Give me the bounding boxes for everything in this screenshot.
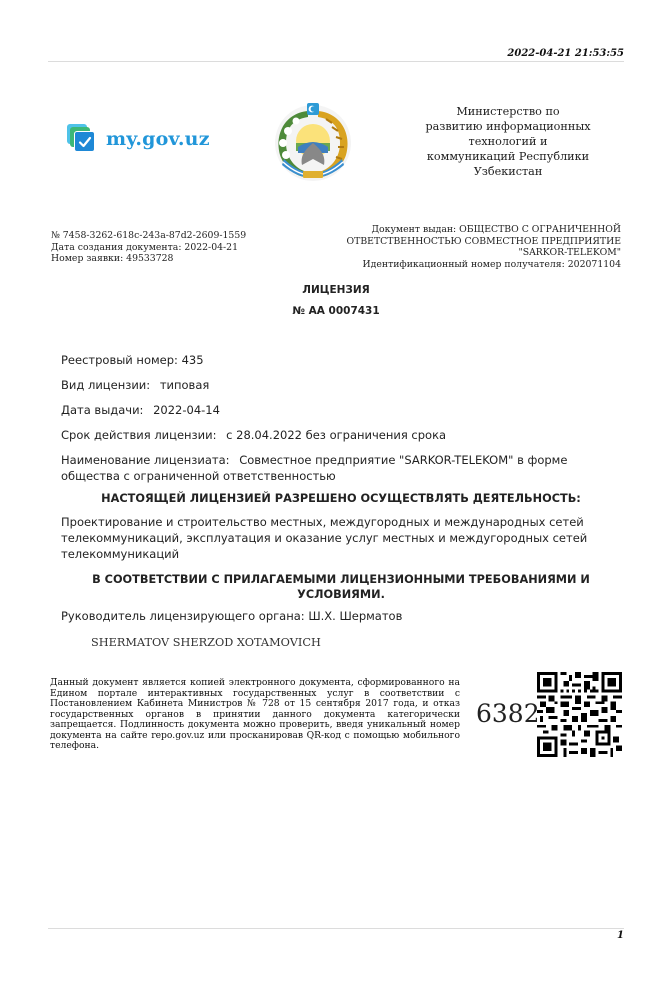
field-licensee: Наименование лицензиата: Совместное пред… bbox=[61, 452, 621, 484]
field-value: с 28.04.2022 без ограничения срока bbox=[226, 428, 446, 442]
field-validity: Срок действия лицензии: с 28.04.2022 без… bbox=[61, 427, 446, 443]
request-number: Номер заявки: 49533728 bbox=[51, 253, 246, 265]
field-label: Наименование лицензиата: bbox=[61, 453, 230, 467]
document-meta: № 7458-3262-618c-243a-87d2-2609-1559 Дат… bbox=[51, 230, 246, 265]
signer-name: SHERMATOV SHERZOD XOTAMOVICH bbox=[91, 636, 321, 649]
issued-to-line: ОТВЕТСТВЕННОСТЬЮ СОВМЕСТНОЕ ПРЕДПРИЯТИЕ bbox=[321, 236, 621, 248]
issued-to-line: "SARKOR-TELEKOM" bbox=[321, 247, 621, 259]
field-registry-number: Реестровый номер: 435 bbox=[61, 352, 204, 368]
document-timestamp: 2022-04-21 21:53:55 bbox=[507, 48, 624, 59]
verification-code: 6382 bbox=[476, 699, 540, 728]
field-label: Вид лицензии: bbox=[61, 378, 150, 392]
field-value: типовая bbox=[160, 378, 209, 392]
ministry-line: развитию информационных bbox=[418, 119, 598, 134]
header-divider bbox=[48, 61, 624, 62]
recipient-id: Идентификационный номер получателя: 2020… bbox=[321, 259, 621, 271]
creation-date: Дата создания документа: 2022-04-21 bbox=[51, 242, 246, 254]
mygov-checkbox-icon bbox=[66, 124, 98, 154]
document-number: № 7458-3262-618c-243a-87d2-2609-1559 bbox=[51, 230, 246, 242]
disclaimer-text: Данный документ является копией электрон… bbox=[50, 678, 460, 752]
field-label: Дата выдачи: bbox=[61, 403, 143, 417]
page-number: 1 bbox=[617, 930, 624, 941]
licensing-authority-head: Руководитель лицензирующего органа: Ш.Х.… bbox=[61, 608, 402, 624]
field-value: Ш.Х. Шерматов bbox=[308, 609, 402, 623]
qr-code-icon[interactable] bbox=[537, 672, 622, 757]
coat-of-arms-icon bbox=[270, 97, 356, 183]
field-license-type: Вид лицензии: типовая bbox=[61, 377, 209, 393]
footer-divider bbox=[48, 928, 624, 929]
ministry-line: коммуникаций Республики bbox=[418, 149, 598, 164]
logo-text: my.gov.uz bbox=[106, 128, 210, 150]
document-title: ЛИЦЕНЗИЯ bbox=[0, 284, 672, 296]
recipient-meta: Документ выдан: ОБЩЕСТВО С ОГРАНИЧЕННОЙ … bbox=[321, 224, 621, 270]
field-value: 2022-04-14 bbox=[153, 403, 220, 417]
permitted-activity-heading: НАСТОЯЩЕЙ ЛИЦЕНЗИЕЙ РАЗРЕШЕНО ОСУЩЕСТВЛЯ… bbox=[61, 491, 621, 506]
activity-description: Проектирование и строительство местных, … bbox=[61, 514, 601, 562]
ministry-line: Министерство по bbox=[418, 104, 598, 119]
license-number: № AA 0007431 bbox=[0, 305, 672, 317]
field-label: Реестровый номер: bbox=[61, 353, 178, 367]
field-label: Руководитель лицензирующего органа: bbox=[61, 609, 305, 623]
ministry-name: Министерство по развитию информационных … bbox=[418, 104, 598, 179]
field-label: Срок действия лицензии: bbox=[61, 428, 217, 442]
mygov-logo: my.gov.uz bbox=[66, 124, 210, 154]
ministry-line: Узбекистан bbox=[418, 164, 598, 179]
conditions-heading: В СООТВЕТСТВИИ С ПРИЛАГАЕМЫМИ ЛИЦЕНЗИОНН… bbox=[61, 572, 621, 602]
field-value: 435 bbox=[182, 353, 204, 367]
issued-to-line: Документ выдан: ОБЩЕСТВО С ОГРАНИЧЕННОЙ bbox=[321, 224, 621, 236]
field-issue-date: Дата выдачи: 2022-04-14 bbox=[61, 402, 220, 418]
ministry-line: технологий и bbox=[418, 134, 598, 149]
